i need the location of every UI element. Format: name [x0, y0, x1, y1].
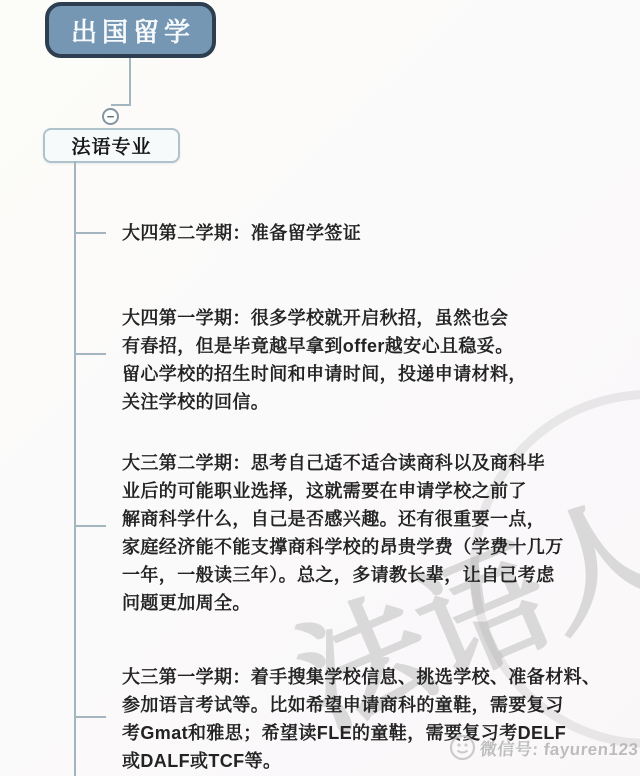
root-topic-label: 出国留学	[66, 12, 195, 49]
branch-topic-3[interactable]: 大三第二学期：思考自己适不适合读商科以及商科毕 业后的可能职业选择，这就需要在申…	[122, 449, 614, 617]
branch-tick-3	[75, 525, 106, 527]
branch-line: 参加语言考试等。比如希望申请商科的童鞋，需要复习	[122, 691, 614, 719]
minus-icon: −	[107, 110, 115, 123]
branch-line: 大三第二学期：思考自己适不适合读商科以及商科毕	[122, 449, 614, 477]
branch-line: 关注学校的回信。	[122, 388, 614, 416]
collapse-button[interactable]: −	[102, 108, 119, 125]
branch-line: 一年，一般读三年）。总之，多请教长辈，让自己考虑	[122, 561, 614, 589]
branch-spine	[74, 161, 76, 776]
branch-line: 家庭经济能不能支撑商科学校的昂贵学费（学费十几万	[122, 533, 614, 561]
branch-tick-1	[75, 232, 106, 234]
branch-line: 解商科学什么，自己是否感兴趣。还有很重要一点，	[122, 505, 614, 533]
connector-root-vertical	[129, 58, 131, 105]
child-topic-label: 法语专业	[71, 132, 151, 159]
branch-line: 考Gmat和雅思；希望读FLE的童鞋，需要复习考DELF	[122, 719, 614, 747]
branch-line: 大三第一学期：着手搜集学校信息、挑选学校、准备材料、	[122, 663, 614, 691]
connector-root-horizontal	[111, 104, 131, 106]
branch-line: 问题更加周全。	[122, 589, 614, 617]
branch-line: 业后的可能职业选择，这就需要在申请学校之前了	[122, 477, 614, 505]
mindmap: 出国留学 − 法语专业 大四第二学期：准备留学签证 大四第一学期：很多学校就开启…	[0, 0, 640, 776]
branch-topic-2[interactable]: 大四第一学期：很多学校就开启秋招，虽然也会 有春招，但是毕竟越早拿到offer越…	[122, 304, 614, 416]
branch-line: 或DALF或TCF等。	[122, 747, 614, 775]
branch-line: 有春招，但是毕竟越早拿到offer越安心且稳妥。	[122, 332, 614, 360]
branch-tick-4	[75, 716, 106, 718]
branch-line: 大四第一学期：很多学校就开启秋招，虽然也会	[122, 304, 614, 332]
branch-topic-4[interactable]: 大三第一学期：着手搜集学校信息、挑选学校、准备材料、 参加语言考试等。比如希望申…	[122, 663, 614, 775]
branch-line: 大四第二学期：准备留学签证	[122, 219, 614, 247]
child-topic-node[interactable]: 法语专业	[43, 128, 180, 163]
branch-line: 留心学校的招生时间和申请时间，投递申请材料，	[122, 360, 614, 388]
branch-tick-2	[75, 353, 106, 355]
mindmap-canvas: 法语人 出国留学 − 法语专业 大四第二学期：准备留学签证 大四第一学期：很多学…	[0, 0, 640, 776]
branch-topic-1[interactable]: 大四第二学期：准备留学签证	[122, 219, 614, 247]
root-topic-node[interactable]: 出国留学	[45, 2, 216, 58]
